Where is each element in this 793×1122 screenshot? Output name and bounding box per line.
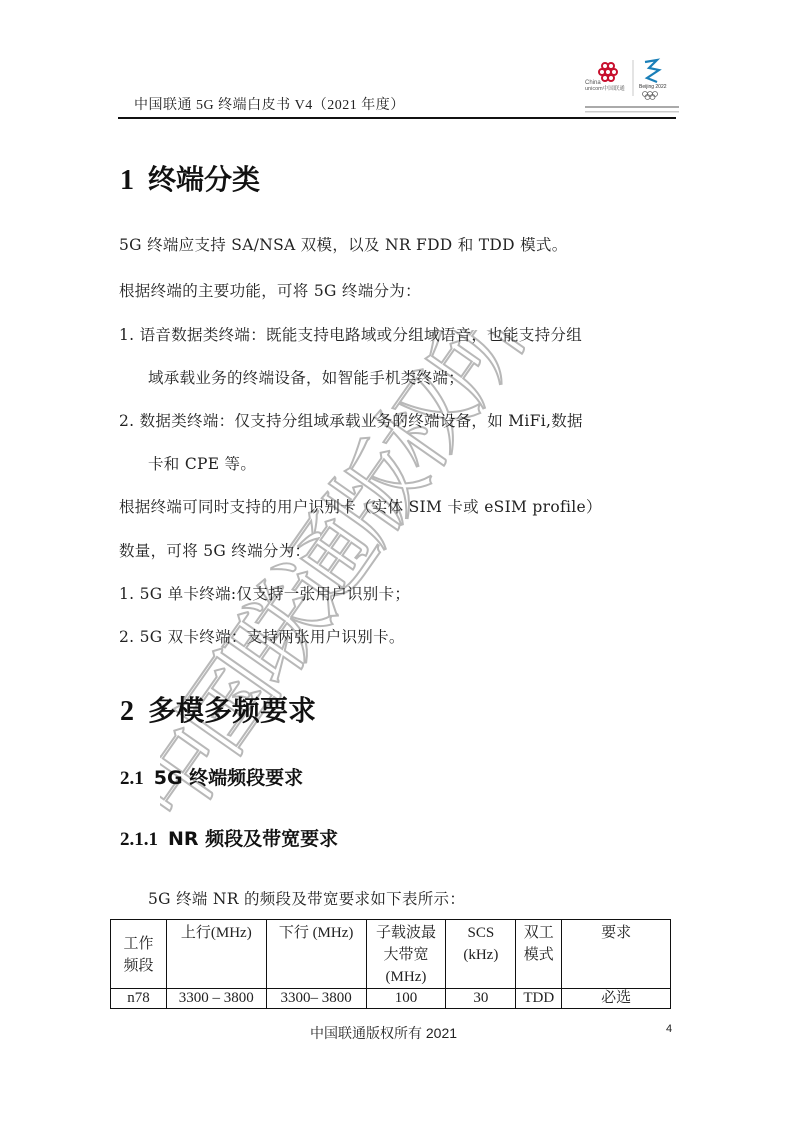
footer-copyright: 中国联通版权所有 2021 — [310, 1023, 457, 1043]
table-header-row: 工作频段 上行(MHz) 下行 (MHz) 子载波最大带宽(MHz) SCS(k… — [111, 920, 671, 989]
cell-duplex: TDD — [516, 989, 562, 1009]
header-cell-max-bandwidth: 子载波最大带宽(MHz) — [366, 920, 446, 989]
paragraph: 5G 终端应支持 SA/NSA 双模，以及 NR FDD 和 TDD 模式。 — [119, 233, 568, 255]
section-number: 1 — [120, 165, 134, 196]
list-item-continuation: 域承载业务的终端设备，如智能手机类终端； — [148, 366, 464, 388]
section-heading-1: 1终端分类 — [120, 158, 260, 198]
header-cell-requirement: 要求 — [562, 920, 671, 989]
page-number: 4 — [666, 1023, 672, 1035]
section-number: 2 — [120, 696, 134, 727]
list-item: 2. 数据类终端：仅支持分组域承载业务的终端设备，如 MiFi,数据 — [119, 409, 583, 431]
subsection-heading-2-1: 2.15G 终端频段要求 — [120, 763, 303, 790]
paragraph: 根据终端可同时支持的用户识别卡（实体 SIM 卡或 eSIM profile） — [119, 495, 602, 517]
table-intro: 5G 终端 NR 的频段及带宽要求如下表所示： — [148, 887, 465, 909]
list-item: 1. 语音数据类终端：既能支持电路域或分组域语音，也能支持分组 — [119, 323, 582, 345]
nr-band-table: 工作频段 上行(MHz) 下行 (MHz) 子载波最大带宽(MHz) SCS(k… — [110, 919, 671, 1009]
header-cell-uplink: 上行(MHz) — [166, 920, 266, 989]
header-logo: China unicom中国联通 Beijing 2022 — [583, 56, 683, 118]
header-cell-scs: SCS(kHz) — [446, 920, 516, 989]
cell-scs: 30 — [446, 989, 516, 1009]
section-title: 多模多频要求 — [148, 694, 316, 727]
unicom-logo-icon: China unicom中国联通 Beijing 2022 — [583, 56, 683, 118]
header-cell-duplex: 双工模式 — [516, 920, 562, 989]
section-number: 2.1.1 — [120, 829, 158, 850]
paragraph: 数量，可将 5G 终端分为： — [119, 539, 310, 561]
list-item: 1. 5G 单卡终端:仅支持一张用户识别卡； — [119, 582, 410, 604]
section-title: 5G 终端频段要求 — [154, 767, 303, 789]
cell-downlink: 3300– 3800 — [266, 989, 366, 1009]
cell-uplink: 3300 – 3800 — [166, 989, 266, 1009]
cell-requirement: 必选 — [562, 989, 671, 1009]
paragraph: 根据终端的主要功能，可将 5G 终端分为： — [119, 279, 421, 301]
running-header-title: 中国联通 5G 终端白皮书 V4（2021 年度） — [134, 94, 405, 114]
subsection-heading-2-1-1: 2.1.1NR 频段及带宽要求 — [120, 824, 338, 851]
section-number: 2.1 — [120, 768, 144, 789]
section-heading-2: 2多模多频要求 — [120, 689, 316, 729]
section-title: NR 频段及带宽要求 — [168, 828, 338, 850]
header-cell-band: 工作频段 — [111, 920, 167, 989]
table-row: n78 3300 – 3800 3300– 3800 100 30 TDD 必选 — [111, 989, 671, 1009]
header-cell-downlink: 下行 (MHz) — [266, 920, 366, 989]
cell-band: n78 — [111, 989, 167, 1009]
svg-text:Beijing 2022: Beijing 2022 — [639, 84, 667, 90]
list-item: 2. 5G 双卡终端：支持两张用户识别卡。 — [119, 625, 405, 647]
section-title: 终端分类 — [148, 163, 260, 196]
cell-max-bandwidth: 100 — [366, 989, 446, 1009]
svg-text:unicom中国联通: unicom中国联通 — [585, 84, 625, 92]
list-item-continuation: 卡和 CPE 等。 — [148, 452, 256, 474]
